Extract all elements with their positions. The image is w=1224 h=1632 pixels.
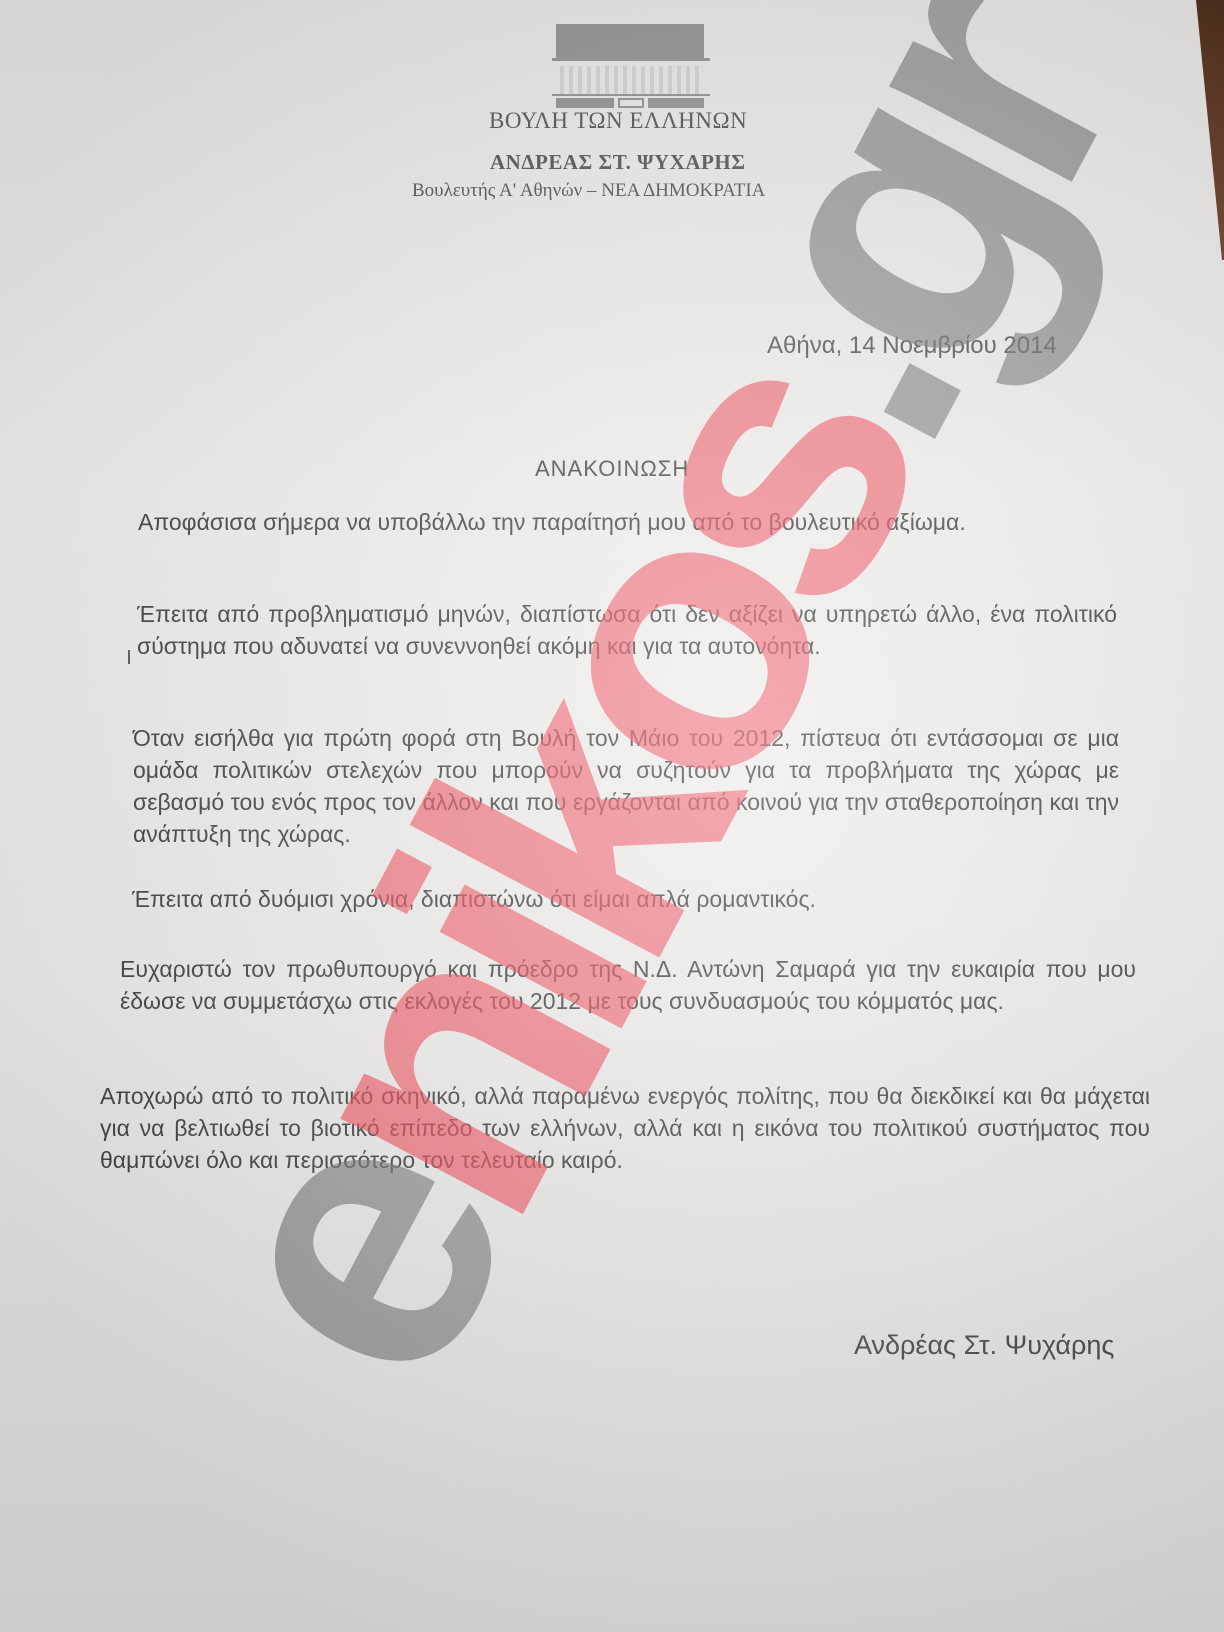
institution-name: ΒΟΥΛΗ ΤΩΝ ΕΛΛΗΝΩΝ	[489, 108, 747, 134]
margin-mark	[128, 650, 130, 664]
desk-surface	[1184, 0, 1224, 260]
watermark: enikos.gr	[130, 0, 1170, 1433]
signature: Ανδρέας Στ. Ψυχάρης	[854, 1330, 1114, 1361]
parliament-building-icon	[552, 24, 712, 108]
